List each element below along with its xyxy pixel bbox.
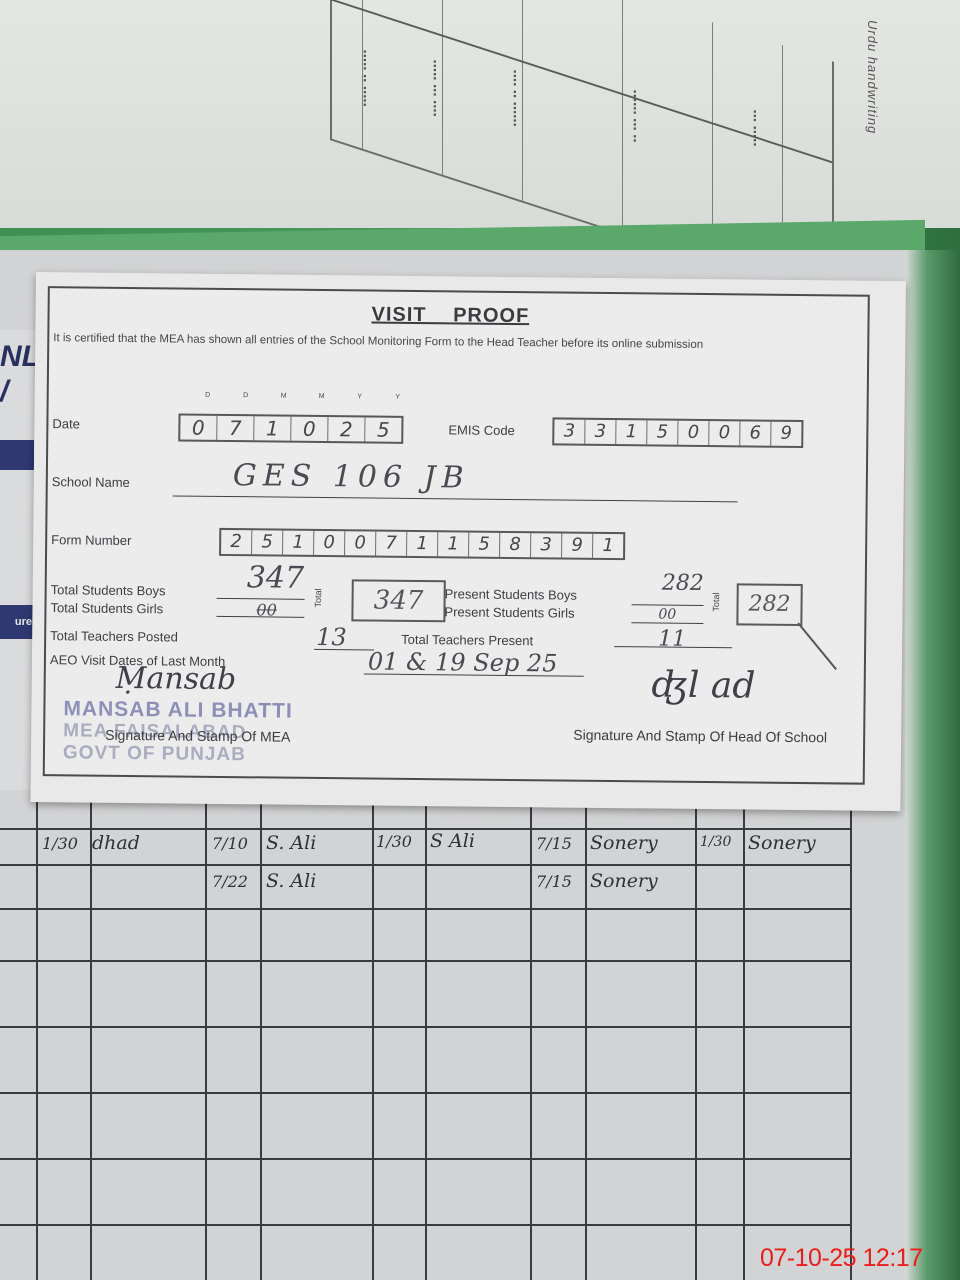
date-digit: 5 xyxy=(365,417,401,441)
date-caption: Y xyxy=(379,394,417,401)
present-girls-underline xyxy=(631,622,703,624)
grid-row-line xyxy=(0,960,852,962)
present-boys-label: Present Students Boys xyxy=(445,586,577,602)
rotated-table-text: ▪▪▪▪ ▪▪ ▪▪▪▪▪▪ xyxy=(510,70,520,127)
total-boys-label: Total Students Boys xyxy=(51,582,166,598)
grid-row-line xyxy=(0,1224,852,1226)
register-cell: Sonery xyxy=(748,832,816,854)
total-students-box: 347 xyxy=(351,579,445,622)
form-digit: 0 xyxy=(314,531,345,555)
rotated-table-text: ▪▪▪▪▪ ▪▪▪ ▪▪▪▪ xyxy=(430,60,440,117)
pen-tick-mark xyxy=(797,622,837,670)
date-digit: 2 xyxy=(328,417,365,441)
scrap-large-text: / xyxy=(0,375,8,409)
grid-column-line xyxy=(585,800,587,1280)
form-digit: 0 xyxy=(345,531,376,555)
emis-digit: 0 xyxy=(678,421,709,445)
register-cell: S. Ali xyxy=(266,832,316,854)
register-cell: Sonery xyxy=(590,870,658,892)
grid-column-line xyxy=(850,800,852,1280)
date-caption: M xyxy=(265,392,303,399)
mea-signature-label: Signature And Stamp Of MEA xyxy=(105,727,290,745)
form-digit: 1 xyxy=(407,532,438,556)
register-cell: 7/15 xyxy=(536,872,572,891)
rotated-table-text: ▪▪▪▪▪▪ ▪▪▪ ▪▪ xyxy=(630,90,640,143)
grid-column-line xyxy=(372,800,374,1280)
table-line xyxy=(442,0,443,175)
grid-column-line xyxy=(205,800,207,1280)
emis-digit: 5 xyxy=(647,420,678,444)
grid-column-line xyxy=(743,800,745,1280)
date-caption: D xyxy=(227,392,265,399)
grid-row-line xyxy=(0,1092,852,1094)
visit-proof-card: VISIT PROOF It is certified that the MEA… xyxy=(30,272,906,811)
emis-digit: 0 xyxy=(709,421,740,445)
certification-text: It is certified that the MEA has shown a… xyxy=(53,328,833,356)
green-file-right-edge xyxy=(905,250,960,1280)
teachers-present-label: Total Teachers Present xyxy=(401,632,533,648)
date-format-captions: D D M M Y Y xyxy=(189,392,417,401)
grid-column-line xyxy=(530,800,532,1280)
table-line xyxy=(522,0,523,201)
register-cell: 7/22 xyxy=(212,872,248,891)
present-total-box: 282 xyxy=(736,583,802,626)
mea-signature: Ṃansab xyxy=(116,661,237,697)
form-digit: 9 xyxy=(562,534,593,558)
emis-digit: 3 xyxy=(585,420,616,444)
form-number-label: Form Number xyxy=(51,532,131,548)
teachers-posted-label: Total Teachers Posted xyxy=(50,628,178,644)
form-digit: 5 xyxy=(469,533,500,557)
school-name-value: GES 106 JB xyxy=(233,458,470,495)
background-printed-sheet: ▪▪▪▪▪ ▪▪ ▪▪▪▪▪ ▪▪▪▪▪ ▪▪▪ ▪▪▪▪ ▪▪▪▪ ▪▪ ▪▪… xyxy=(0,0,960,250)
urdu-handwriting: Urdu handwriting xyxy=(865,20,880,134)
emis-code-field: 3 3 1 5 0 0 6 9 xyxy=(552,417,803,448)
total-boys-value: 347 xyxy=(247,560,305,596)
school-name-underline xyxy=(173,495,738,502)
emis-digit: 9 xyxy=(771,422,801,446)
head-signature-label: Signature And Stamp Of Head Of School xyxy=(555,723,845,748)
scrap-blue-band xyxy=(0,440,34,470)
register-cell: Sonery xyxy=(590,832,658,854)
form-number-field: 2 5 1 0 0 7 1 1 5 8 3 9 1 xyxy=(219,528,625,560)
date-digit: 7 xyxy=(217,416,254,440)
grid-row-line xyxy=(0,864,852,866)
visit-proof-border: VISIT PROOF It is certified that the MEA… xyxy=(43,286,870,785)
visit-proof-title: VISIT PROOF xyxy=(371,304,529,329)
register-cell: 7/10 xyxy=(212,834,248,853)
school-name-label: School Name xyxy=(52,474,130,490)
table-line xyxy=(622,0,623,233)
form-digit: 2 xyxy=(221,530,252,554)
form-digit: 8 xyxy=(500,533,531,557)
date-field: 0 7 1 0 2 5 xyxy=(178,414,403,444)
register-cell: S Ali xyxy=(430,830,475,852)
emis-code-label: EMIS Code xyxy=(448,422,515,438)
grid-row-line xyxy=(0,828,852,830)
grid-row-line xyxy=(0,1158,852,1160)
emis-digit: 1 xyxy=(616,420,647,444)
present-boys-value: 282 xyxy=(662,571,704,596)
register-cell: 1/30 xyxy=(376,832,412,851)
head-signature: ʤl ad xyxy=(650,664,755,706)
register-cell: 1/30 xyxy=(42,834,78,853)
grid-column-line xyxy=(695,800,697,1280)
register-cell: dhad xyxy=(92,832,140,854)
emis-digit: 3 xyxy=(554,419,585,443)
date-label: Date xyxy=(52,416,80,431)
present-total-caption: Total xyxy=(711,593,721,612)
form-digit: 3 xyxy=(531,533,562,557)
teachers-present-value: 11 xyxy=(658,627,686,652)
date-digit: 1 xyxy=(254,416,291,440)
date-caption: Y xyxy=(341,393,379,400)
date-caption: D xyxy=(189,392,227,399)
total-caption: Total xyxy=(313,588,323,607)
present-girls-value: 00 xyxy=(658,607,676,623)
rotated-table-text: ▪▪▪ ▪▪▪▪▪ xyxy=(750,110,760,147)
date-caption: M xyxy=(303,393,341,400)
register-cell: 7/15 xyxy=(536,834,572,853)
register-cell: S. Ali xyxy=(266,870,316,892)
form-digit: 1 xyxy=(283,531,314,555)
emis-digit: 6 xyxy=(740,421,771,445)
grid-row-line xyxy=(0,908,852,910)
date-digit: 0 xyxy=(291,417,328,441)
grid-column-line xyxy=(260,800,262,1280)
camera-timestamp: 07-10-25 12:17 xyxy=(760,1244,923,1273)
form-digit: 7 xyxy=(376,532,407,556)
teachers-posted-value: 13 xyxy=(316,623,347,651)
grid-column-line xyxy=(425,800,427,1280)
grid-column-line xyxy=(90,800,92,1280)
total-girls-label: Total Students Girls xyxy=(50,600,163,616)
rotated-table-text: ▪▪▪▪▪ ▪▪ ▪▪▪▪▪ xyxy=(360,50,370,107)
stamp-line-govt: GOVT OF PUNJAB xyxy=(63,742,293,766)
grid-column-line xyxy=(36,800,38,1280)
form-digit: 5 xyxy=(252,530,283,554)
register-grid: 1/30 dhad 7/10 S. Ali 1/30 S Ali 7/15 So… xyxy=(0,800,855,1280)
present-girls-label: Present Students Girls xyxy=(444,604,574,620)
scrap-blue-label: ure xyxy=(0,605,34,639)
grid-row-line xyxy=(0,1026,852,1028)
date-digit: 0 xyxy=(180,416,217,440)
form-digit: 1 xyxy=(593,534,623,558)
form-digit: 1 xyxy=(438,532,469,556)
stamp-line-name: MANSAB ALI BHATTI xyxy=(63,698,293,722)
register-cell: 1/30 xyxy=(700,834,731,850)
